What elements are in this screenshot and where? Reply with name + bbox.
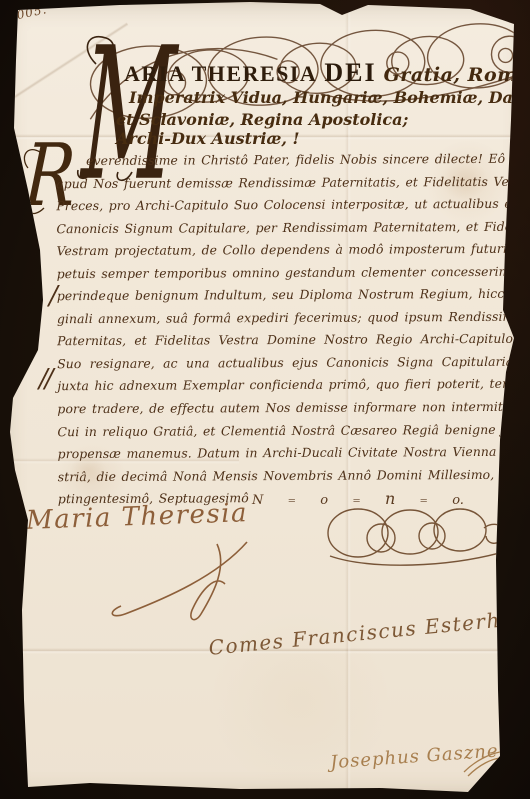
gaszner-flourish-icon: [462, 750, 502, 778]
registrar-mark: R.: [490, 770, 503, 783]
body-line: Cui in reliquo Gratiâ, et Clementiâ Nost…: [57, 418, 513, 443]
archive-number: 6005.: [7, 2, 48, 24]
body-line: juxta hic adnexum Exemplar conficienda p…: [57, 373, 513, 398]
margin-mark-double: //: [39, 366, 51, 392]
header-script: Gratia, Romanorum: [384, 64, 530, 86]
body-line: Suo resignare, ac una actualibus ejus Ca…: [57, 351, 513, 376]
header-caps: ARIA THERESIA: [124, 61, 317, 87]
body-line: petuis semper temporibus omnino gestandu…: [57, 261, 513, 286]
body-line: Vestram projectatum, de Collo dependens …: [57, 238, 513, 263]
body-line: Preces, pro Archi-Capitulo Suo Colocensi…: [56, 193, 512, 218]
header-line3: et Sclavoniæ, Regina Apostolica; Archi-D…: [116, 110, 468, 148]
signature-paraph-icon: [95, 536, 260, 631]
body-line: striâ, die decimâ Nonâ Mensis Novembris …: [58, 463, 514, 488]
body-line: ginali annexum, suâ formâ expediri fecer…: [57, 306, 513, 331]
body-line: perindeque benignum Indultum, seu Diplom…: [57, 283, 513, 308]
body-line: propensæ manemus. Datum in Archi-Ducali …: [58, 441, 514, 466]
body-line: Paternitas, et Fidelitas Vestra Domine N…: [57, 328, 513, 353]
document-paper: 6005. M: [0, 0, 530, 799]
photo-stage: 6005. M: [0, 0, 530, 799]
signature-maria-theresia: Maria Theresia: [26, 500, 249, 534]
header-dei: DEI: [324, 58, 376, 88]
body-line: pore tradere, de effectu autem Nos demis…: [57, 396, 513, 421]
body-line: apud Nos fuerunt demissæ Rendissimæ Pate…: [56, 170, 512, 195]
margin-mark-single: /: [49, 283, 58, 309]
signature-flourish-loops-icon: [318, 498, 518, 570]
body-text: everendissime in Christô Pater, fidelis …: [56, 148, 514, 511]
date-mark: =: [288, 496, 296, 507]
header-title-row: ARIA THERESIA DEI Gratia, Romanorum: [124, 58, 530, 88]
body-line: everendissime in Christô Pater, fidelis …: [56, 148, 512, 173]
date-mark: N: [252, 493, 263, 508]
header-line2: Imperatrix Vidua, Hungariæ, Bohemiæ, Dal…: [129, 88, 523, 107]
body-line: Canonicis Signum Capitulare, per Rendiss…: [56, 215, 512, 240]
